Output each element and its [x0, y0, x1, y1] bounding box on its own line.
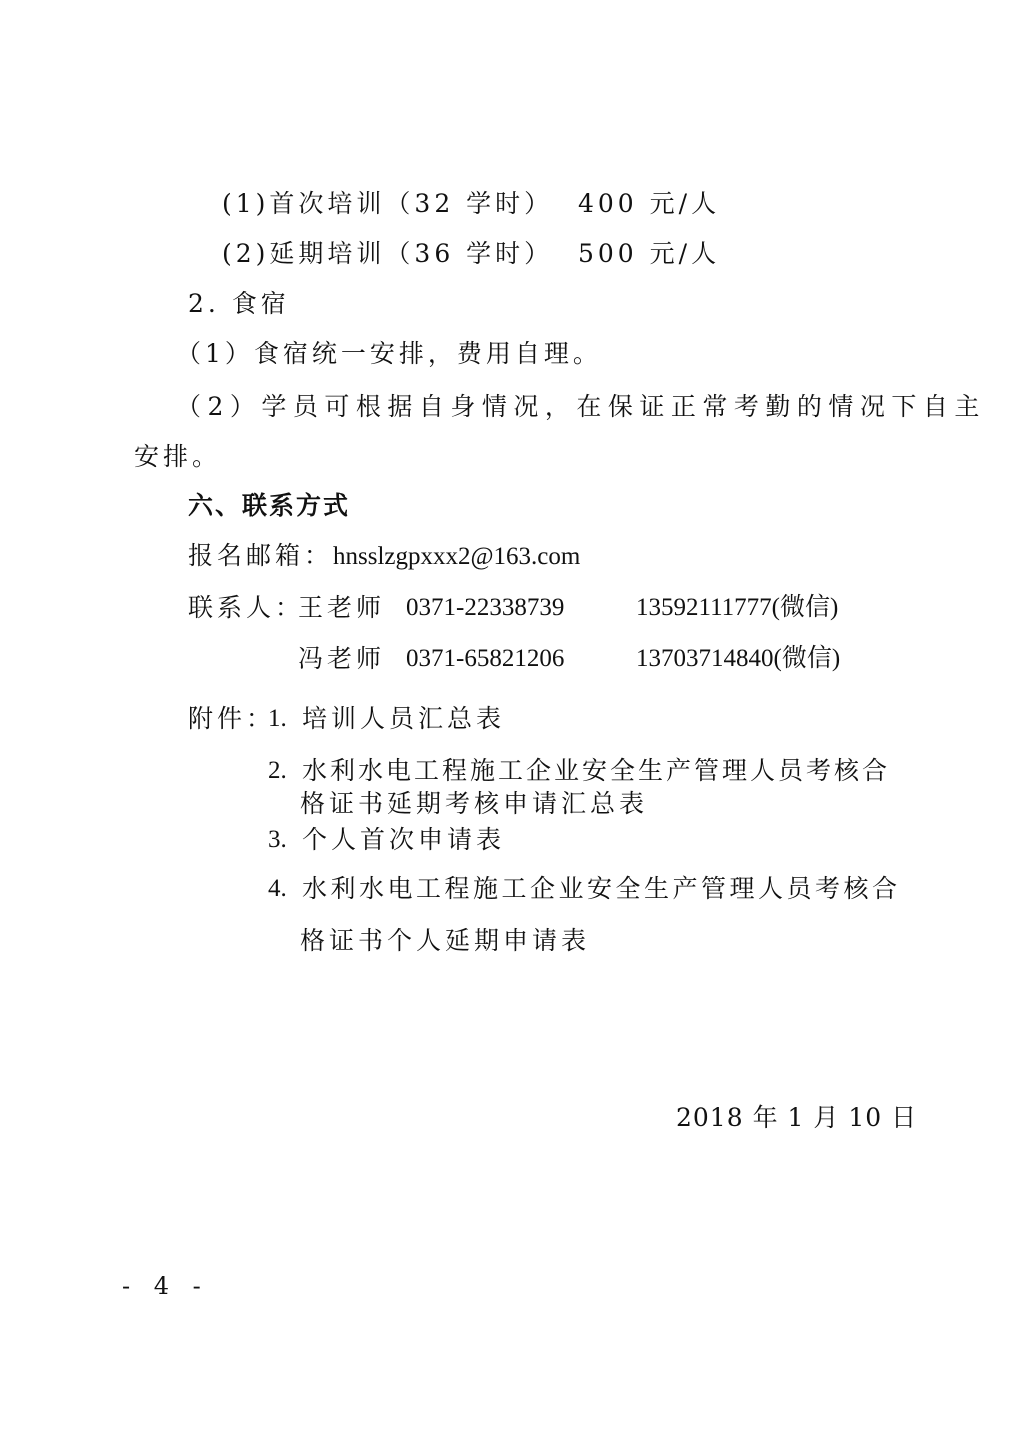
document-date: 2018 年 1 月 10 日 [676, 1102, 917, 1134]
contact-people-label: 联系人： [188, 592, 304, 624]
attachment-title-cont: 格证书延期考核申请汇总表 [300, 788, 648, 820]
attachment-number: 1. [268, 703, 287, 735]
contact-name: 王老师 [298, 592, 385, 624]
attachment-number: 3. [268, 824, 287, 856]
attachment-number: 4. [268, 873, 287, 905]
contact-name: 冯老师 [298, 643, 385, 675]
lodging-item-2-cont: 安排。 [134, 441, 221, 473]
fee-label: (2)延期培训（36 学时） [222, 239, 553, 268]
attachment-title: 水利水电工程施工企业安全生产管理人员考核合 [302, 755, 890, 787]
fee-item-extension-training: (2)延期培训（36 学时） [222, 238, 553, 270]
fee-price-first-training: 400 元/人 [578, 188, 720, 220]
contact-heading: 六、联系方式 [188, 490, 350, 522]
email-address[interactable]: hnsslzgpxxx2@163.com [333, 543, 580, 570]
email-label: 报名邮箱： [188, 541, 333, 570]
page-number: - 4 - [122, 1270, 209, 1302]
fee-price-extension-training: 500 元/人 [578, 238, 720, 270]
attachment-title: 水利水电工程施工企业安全生产管理人员考核合 [302, 873, 901, 905]
lodging-item-2: （2）学员可根据自身情况，在保证正常考勤的情况下自主 [176, 391, 986, 423]
fee-item-first-training: (1)首次培训（32 学时） [222, 188, 553, 220]
attachment-title: 个人首次申请表 [302, 824, 505, 856]
attachment-title: 培训人员汇总表 [302, 703, 505, 735]
attachments-label: 附件： [188, 703, 275, 735]
lodging-item-1: （1）食宿统一安排，费用自理。 [176, 338, 602, 370]
email-row: 报名邮箱：hnsslzgpxxx2@163.com [188, 540, 580, 573]
attachment-number: 2. [268, 755, 287, 787]
lodging-heading: 2. 食宿 [188, 288, 290, 320]
contact-mobile: 13592111777(微信) [636, 592, 838, 624]
fee-label: (1)首次培训（32 学时） [222, 189, 553, 218]
attachment-title-cont: 格证书个人延期申请表 [300, 925, 590, 957]
contact-phone: 0371-22338739 [406, 592, 564, 624]
contact-phone: 0371-65821206 [406, 643, 564, 675]
contact-mobile: 13703714840(微信) [636, 643, 840, 675]
